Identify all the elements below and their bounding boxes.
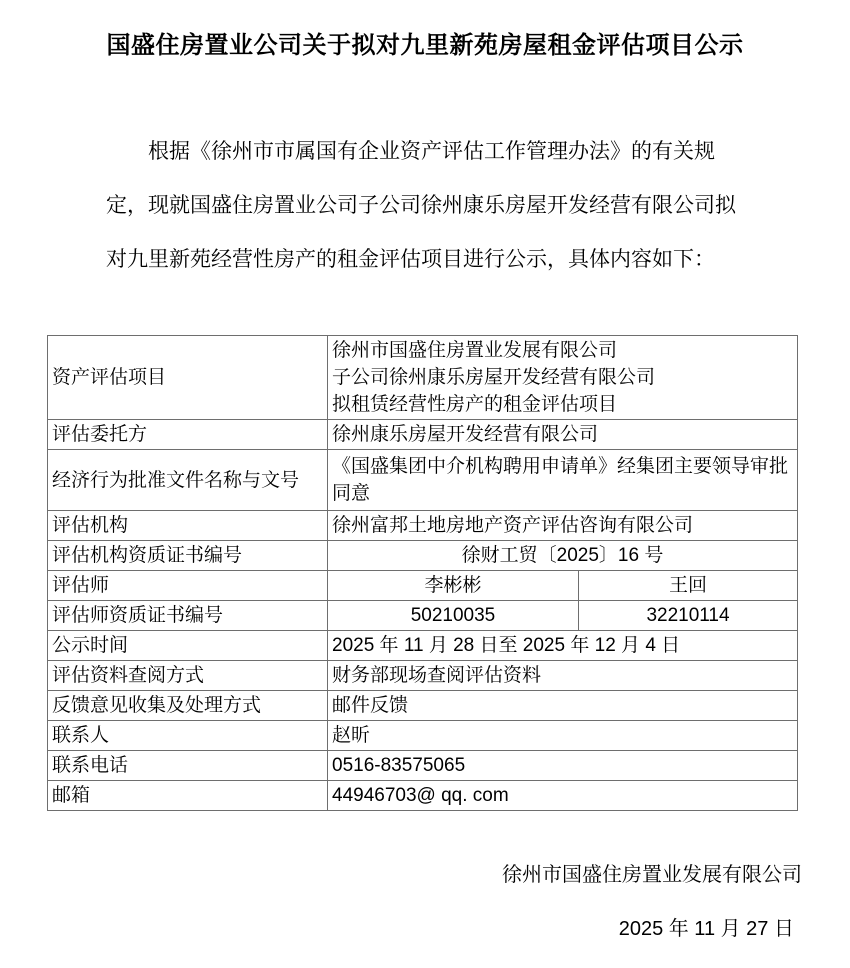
- row-label: 公示时间: [48, 631, 328, 661]
- row-value: 2025 年 11 月 28 日至 2025 年 12 月 4 日: [328, 631, 798, 661]
- table-row-contact-person: 联系人 赵昕: [48, 721, 798, 751]
- footer-date: 2025 年 11 月 27 日: [0, 915, 850, 943]
- project-info-table: 资产评估项目 徐州市国盛住房置业发展有限公司 子公司徐州康乐房屋开发经营有限公司…: [47, 335, 798, 811]
- row-value: 《国盛集团中介机构聘用申请单》经集团主要领导审批 同意: [328, 450, 798, 511]
- row-label: 资产评估项目: [48, 336, 328, 420]
- table-row-email: 邮箱 44946703@ qq. com: [48, 781, 798, 811]
- paragraph-line-1: 根据《徐州市市属国有企业资产评估工作管理办法》的有关规: [106, 125, 742, 179]
- row-value: 邮件反馈: [328, 691, 798, 721]
- appraiser-certificate-2: 32210114: [579, 601, 798, 631]
- row-value: 财务部现场查阅评估资料: [328, 661, 798, 691]
- row-label: 评估师: [48, 571, 328, 601]
- row-value: 徐财工贸〔2025〕16 号: [328, 541, 798, 571]
- appraiser-name-1: 李彬彬: [328, 571, 579, 601]
- intro-paragraph: 根据《徐州市市属国有企业资产评估工作管理办法》的有关规 定，现就国盛住房置业公司…: [106, 125, 742, 287]
- table-row-feedback-method: 反馈意见收集及处理方式 邮件反馈: [48, 691, 798, 721]
- document-page: 国盛住房置业公司关于拟对九里新苑房屋租金评估项目公示 根据《徐州市市属国有企业资…: [0, 0, 850, 968]
- appraiser-name-2: 王回: [579, 571, 798, 601]
- row-label: 邮箱: [48, 781, 328, 811]
- footer-company: 徐州市国盛住房置业发展有限公司: [0, 861, 850, 889]
- table-row-client: 评估委托方 徐州康乐房屋开发经营有限公司: [48, 420, 798, 450]
- row-value: 徐州康乐房屋开发经营有限公司: [328, 420, 798, 450]
- document-title: 国盛住房置业公司关于拟对九里新苑房屋租金评估项目公示: [0, 0, 850, 61]
- row-value: 赵昕: [328, 721, 798, 751]
- row-label: 评估机构: [48, 511, 328, 541]
- row-label: 联系电话: [48, 751, 328, 781]
- table-row-approval-document: 经济行为批准文件名称与文号 《国盛集团中介机构聘用申请单》经集团主要领导审批 同…: [48, 450, 798, 511]
- row-label: 评估机构资质证书编号: [48, 541, 328, 571]
- table-row-appraisal-agency: 评估机构 徐州富邦土地房地产资产评估咨询有限公司: [48, 511, 798, 541]
- paragraph-line-2: 定，现就国盛住房置业公司子公司徐州康乐房屋开发经营有限公司拟: [106, 179, 742, 233]
- table-row-review-method: 评估资料查阅方式 财务部现场查阅评估资料: [48, 661, 798, 691]
- table-row-agency-certificate: 评估机构资质证书编号 徐财工贸〔2025〕16 号: [48, 541, 798, 571]
- row-value: 徐州市国盛住房置业发展有限公司 子公司徐州康乐房屋开发经营有限公司 拟租赁经营性…: [328, 336, 798, 420]
- row-value: 44946703@ qq. com: [328, 781, 798, 811]
- row-label: 联系人: [48, 721, 328, 751]
- table-row-publicity-period: 公示时间 2025 年 11 月 28 日至 2025 年 12 月 4 日: [48, 631, 798, 661]
- row-label: 评估师资质证书编号: [48, 601, 328, 631]
- row-label: 经济行为批准文件名称与文号: [48, 450, 328, 511]
- appraiser-certificate-1: 50210035: [328, 601, 579, 631]
- table-row-appraisers: 评估师 李彬彬 王回: [48, 571, 798, 601]
- row-label: 反馈意见收集及处理方式: [48, 691, 328, 721]
- table-row-contact-phone: 联系电话 0516-83575065: [48, 751, 798, 781]
- row-label: 评估委托方: [48, 420, 328, 450]
- table-row-asset-project: 资产评估项目 徐州市国盛住房置业发展有限公司 子公司徐州康乐房屋开发经营有限公司…: [48, 336, 798, 420]
- row-value: 徐州富邦土地房地产资产评估咨询有限公司: [328, 511, 798, 541]
- row-value: 0516-83575065: [328, 751, 798, 781]
- row-label: 评估资料查阅方式: [48, 661, 328, 691]
- paragraph-line-3: 对九里新苑经营性房产的租金评估项目进行公示，具体内容如下：: [106, 233, 742, 287]
- table-row-appraiser-certificates: 评估师资质证书编号 50210035 32210114: [48, 601, 798, 631]
